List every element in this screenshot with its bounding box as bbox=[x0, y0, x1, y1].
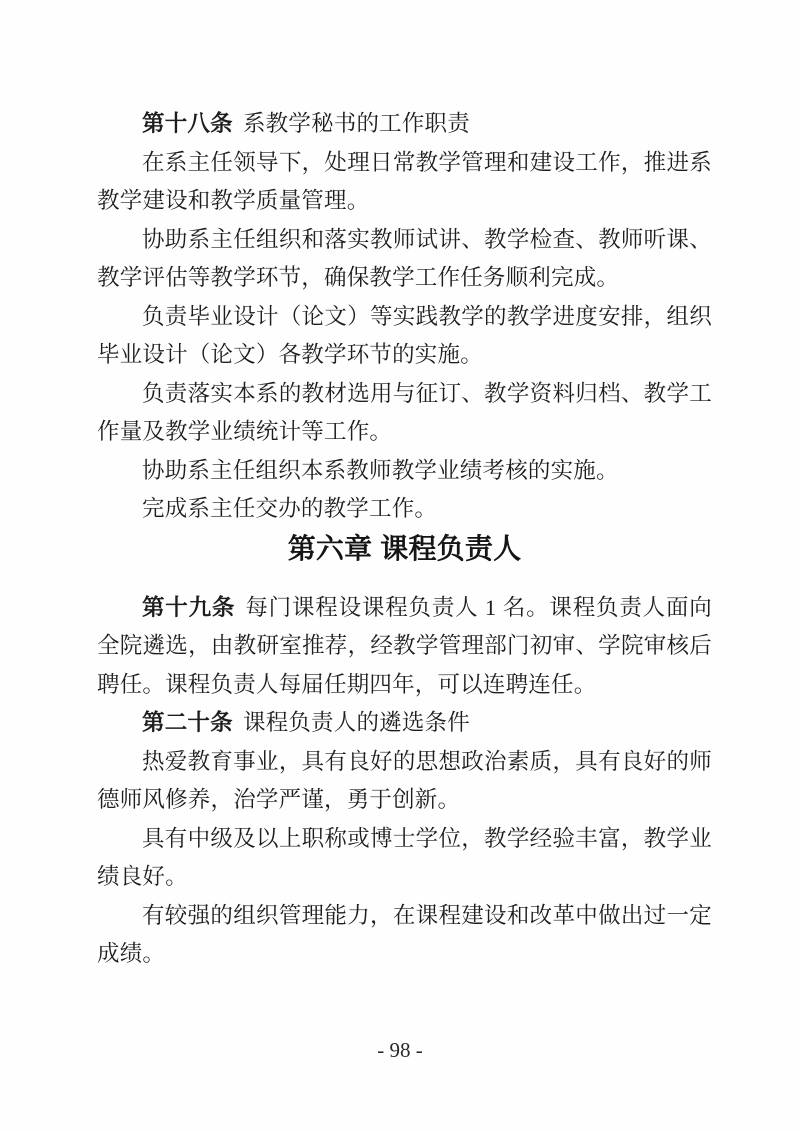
article-18-number: 第十八条 bbox=[142, 111, 233, 136]
paragraph: 具有中级及以上职称或博士学位，教学经验丰富，教学业绩良好。 bbox=[97, 820, 712, 897]
paragraph: 完成系主任交办的教学工作。 bbox=[97, 490, 712, 529]
article-18-paragraph: 第十八条系教学秘书的工作职责 bbox=[97, 105, 712, 144]
document-page: 第十八条系教学秘书的工作职责 在系主任领导下，处理日常教学管理和建设工作，推进系… bbox=[0, 0, 800, 1131]
paragraph: 协助系主任组织本系教师教学业绩考核的实施。 bbox=[97, 452, 712, 491]
paragraph-text: 协助系主任组织本系教师教学业绩考核的实施。 bbox=[142, 458, 619, 483]
paragraph-text: 完成系主任交办的教学工作。 bbox=[142, 496, 437, 521]
paragraph-text: 热爱教育事业，具有良好的思想政治素质，具有良好的师德师风修养，治学严谨，勇于创新… bbox=[97, 749, 712, 813]
paragraph: 协助系主任组织和落实教师试讲、教学检查、教师听课、教学评估等教学环节，确保教学工… bbox=[97, 221, 712, 298]
paragraph: 负责毕业设计（论文）等实践教学的教学进度安排，组织毕业设计（论文）各教学环节的实… bbox=[97, 298, 712, 375]
paragraph-text: 在系主任领导下，处理日常教学管理和建设工作，推进系教学建设和教学质量管理。 bbox=[97, 150, 712, 214]
paragraph-text: 负责落实本系的教材选用与征订、教学资料归档、教学工作量及教学业绩统计等工作。 bbox=[97, 381, 712, 445]
paragraph: 在系主任领导下，处理日常教学管理和建设工作，推进系教学建设和教学质量管理。 bbox=[97, 144, 712, 221]
article-18-title: 系教学秘书的工作职责 bbox=[243, 111, 470, 136]
paragraph: 负责落实本系的教材选用与征订、教学资料归档、教学工作量及教学业绩统计等工作。 bbox=[97, 375, 712, 452]
paragraph-text: 具有中级及以上职称或博士学位，教学经验丰富，教学业绩良好。 bbox=[97, 826, 712, 890]
article-19-number: 第十九条 bbox=[142, 595, 235, 620]
chapter-6-heading: 第六章 课程负责人 bbox=[97, 529, 712, 569]
paragraph-text: 负责毕业设计（论文）等实践教学的教学进度安排，组织毕业设计（论文）各教学环节的实… bbox=[97, 304, 712, 368]
page-body: 第十八条系教学秘书的工作职责 在系主任领导下，处理日常教学管理和建设工作，推进系… bbox=[97, 105, 712, 974]
paragraph-text: 协助系主任组织和落实教师试讲、教学检查、教师听课、教学评估等教学环节，确保教学工… bbox=[97, 227, 712, 291]
article-20-number: 第二十条 bbox=[142, 710, 233, 735]
paragraph-text: 有较强的组织管理能力，在课程建设和改革中做出过一定成绩。 bbox=[97, 903, 712, 967]
article-20-title: 课程负责人的遴选条件 bbox=[243, 710, 470, 735]
article-19-paragraph: 第十九条每门课程设课程负责人 1 名。课程负责人面向全院遴选，由教研室推荐，经教… bbox=[97, 589, 712, 705]
page-number: - 98 - bbox=[0, 1038, 800, 1062]
paragraph: 热爱教育事业，具有良好的思想政治素质，具有良好的师德师风修养，治学严谨，勇于创新… bbox=[97, 743, 712, 820]
paragraph: 有较强的组织管理能力，在课程建设和改革中做出过一定成绩。 bbox=[97, 897, 712, 974]
article-20-paragraph: 第二十条课程负责人的遴选条件 bbox=[97, 704, 712, 743]
